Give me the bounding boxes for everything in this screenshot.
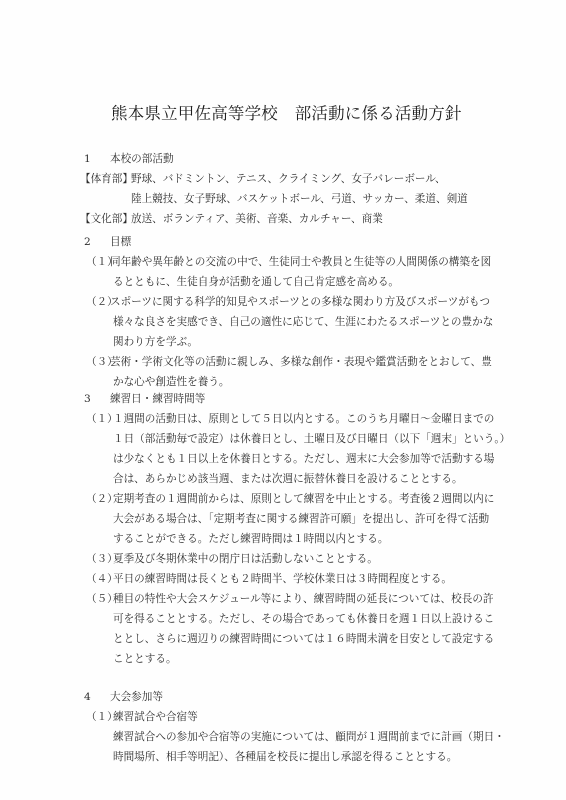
item-line: 大会がある場合は、「定期考査に関する練習許可願」を提出し、許可を得て活動: [113, 512, 489, 526]
item-line: ととし、さらに週辺りの練習時間については１６時間未満を目安として設定する: [113, 632, 494, 646]
document-title: 熊本県立甲佐高等学校 部活動に係る活動方針: [111, 100, 462, 124]
item-line: 芸術・学術文化等の活動に親しみ、多様な創作・表現や鑑賞活動をとおして、豊: [110, 355, 492, 369]
section-number: 4: [84, 690, 91, 704]
category-label-culture: 【文化部】: [80, 212, 133, 226]
item-line: スポーツに関する科学的知見やスポーツとの多様な関わり方及びスポーツがもつ: [110, 295, 490, 309]
section-heading: 目標: [110, 235, 131, 249]
item-line: 同年齢や異年齢との交流の中で、生徒同士や教員と生徒等の人間関係の構築を図: [110, 255, 491, 269]
item-line: 平日の練習時間は長くとも２時間半、学校休業日は３時間程度とする。: [113, 572, 452, 586]
item-line: 定期考査の１週間前からは、原則として練習を中止とする。考査後２週間以内に: [113, 492, 494, 506]
item-line: 時間場所、相手等明記）、各種届を校長に提出し承認を得ることとする。: [113, 750, 457, 764]
item-line: は少なくとも１日以上を休養日とする。ただし、週末に大会参加等で活動する場: [113, 452, 494, 466]
section-number: 3: [84, 392, 91, 406]
item-line: こととする。: [113, 652, 177, 666]
section-heading: 本校の部活動: [110, 152, 174, 166]
section-heading: 大会参加等: [110, 690, 163, 704]
item-line: るとともに、生徒自身が活動を通して自己肯定感を高める。: [113, 275, 399, 289]
document-page: 熊本県立甲佐高等学校 部活動に係る活動方針 1 本校の部活動 【体育部】 野球、…: [0, 0, 566, 800]
category-line: 放送、ボランティア、美術、音楽、カルチャー、商業: [131, 212, 383, 226]
item-line: 合は、あらかじめ該当週、または次週に振替休養日を設けることとする。: [113, 472, 463, 486]
category-label-sports: 【体育部】: [80, 172, 133, 186]
item-line: １週間の活動日は、原則として５日以内とする。このうち月曜日～金曜日までの: [113, 412, 494, 426]
item-line: 種目の特性や大会スケジュール等により、練習時間の延長については、校長の許: [113, 592, 494, 606]
item-line: 練習試合への参加や合宿等の実施については、顧問が１週間前までに計画（期日・: [113, 730, 505, 744]
category-line: 陸上競技、女子野球、バスケットボール、弓道、サッカー、柔道、剣道: [131, 192, 468, 206]
item-subheading: 練習試合や合宿等: [113, 710, 198, 724]
item-line: 夏季及び冬期休業中の閉庁日は活動しないこととする。: [113, 552, 378, 566]
item-line: かな心や創造性を養う。: [113, 375, 230, 389]
item-line: １日（部活動毎で設定）は休養日とし、土曜日及び日曜日（以下「週末」という。）: [113, 432, 510, 446]
category-line: 野球、バドミントン、テニス、クライミング、女子バレーボール、: [131, 172, 446, 186]
item-line: 様々な良さを実感でき、自己の適性に応じて、生涯にわたるスポーツとの豊かな: [113, 315, 493, 329]
item-line: することができる。ただし練習時間は１時間以内とする。: [113, 532, 388, 546]
item-line: 可を得ることとする。ただし、その場合であっても休養日を週１日以上設けるこ: [113, 612, 494, 626]
section-number: 2: [84, 235, 91, 249]
section-heading: 練習日・練習時間等: [110, 392, 205, 406]
section-number: 1: [84, 152, 91, 166]
item-line: 関わり方を学ぶ。: [113, 335, 198, 349]
